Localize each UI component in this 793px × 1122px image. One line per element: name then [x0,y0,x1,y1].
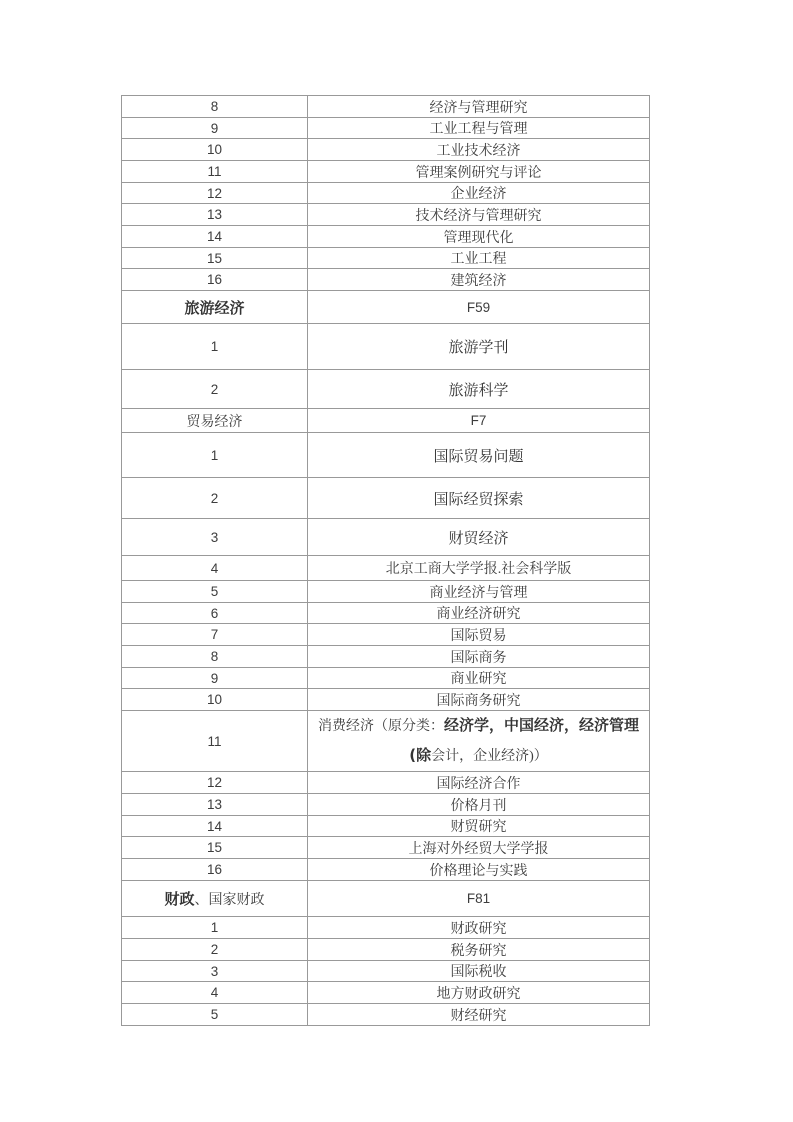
row-index-cell: 16 [122,859,308,881]
row-index-cell: 5 [122,581,308,603]
row-index-cell: 10 [122,139,308,161]
row-index-cell: 14 [122,226,308,248]
journal-row: 10国际商务研究 [122,689,650,711]
journal-name-cell: 国际贸易 [308,624,650,646]
text-segment: 会计，企业经济)） [431,749,548,764]
journal-row: 4地方财政研究 [122,982,650,1004]
category-row: 财政、国家财政F81 [122,881,650,917]
journal-name-cell: 价格月刊 [308,794,650,816]
row-index-cell: 13 [122,794,308,816]
row-index-cell: 15 [122,837,308,859]
journal-row: 4北京工商大学学报.社会科学版 [122,556,650,581]
journal-name-cell: 经济与管理研究 [308,96,650,118]
journal-row: 1国际贸易问题 [122,433,650,478]
journal-row: 10工业技术经济 [122,139,650,161]
journal-row: 14财贸研究 [122,816,650,837]
class-code-cell: F7 [308,409,650,433]
journal-row: 13技术经济与管理研究 [122,204,650,226]
journal-row: 8国际商务 [122,646,650,668]
journal-row: 5财经研究 [122,1004,650,1026]
row-index-cell: 3 [122,519,308,556]
row-index-cell: 10 [122,689,308,711]
row-index-cell: 13 [122,204,308,226]
journal-name-cell: 工业技术经济 [308,139,650,161]
journal-row: 11消费经济（原分类：经济学，中国经济，经济管理(除会计，企业经济)） [122,711,650,772]
row-index-cell: 6 [122,603,308,624]
row-index-cell: 2 [122,939,308,961]
journal-name-cell: 消费经济（原分类：经济学，中国经济，经济管理(除会计，企业经济)） [308,711,650,772]
row-index-cell: 4 [122,556,308,581]
journal-name-cell: 国际贸易问题 [308,433,650,478]
journal-row: 14管理现代化 [122,226,650,248]
journal-name-cell: 上海对外经贸大学学报 [308,837,650,859]
row-index-cell: 8 [122,96,308,118]
row-index-cell: 12 [122,183,308,204]
journal-row: 12国际经济合作 [122,772,650,794]
row-index-cell: 11 [122,711,308,772]
journal-row: 2旅游科学 [122,370,650,409]
journal-row: 3财贸经济 [122,519,650,556]
row-index-cell: 1 [122,324,308,370]
document-page: 8经济与管理研究9工业工程与管理10工业技术经济11管理案例研究与评论12企业经… [0,0,793,1122]
journal-name-cell: 国际商务研究 [308,689,650,711]
row-index-cell: 1 [122,917,308,939]
journal-name-cell: 财经研究 [308,1004,650,1026]
journal-row: 1旅游学刊 [122,324,650,370]
row-index-cell: 3 [122,961,308,982]
journal-row: 15上海对外经贸大学学报 [122,837,650,859]
journal-row: 16建筑经济 [122,269,650,291]
row-index-cell: 11 [122,161,308,183]
journal-row: 12企业经济 [122,183,650,204]
text-segment: 、国家财政 [195,893,265,908]
journal-row: 6商业经济研究 [122,603,650,624]
category-name-cell: 财政、国家财政 [122,881,308,917]
journal-name-cell: 国际税收 [308,961,650,982]
row-index-cell: 7 [122,624,308,646]
row-index-cell: 5 [122,1004,308,1026]
journal-row: 9商业研究 [122,668,650,689]
journal-row: 16价格理论与实践 [122,859,650,881]
row-index-cell: 14 [122,816,308,837]
journal-name-cell: 税务研究 [308,939,650,961]
text-segment: 消费经济（原分类： [318,719,444,734]
row-index-cell: 15 [122,248,308,269]
journal-row: 8经济与管理研究 [122,96,650,118]
class-code-cell: F81 [308,881,650,917]
row-index-cell: 4 [122,982,308,1004]
journal-row: 3国际税收 [122,961,650,982]
journal-row: 2国际经贸探索 [122,478,650,519]
text-segment: 财政 [164,890,194,908]
journal-name-cell: 建筑经济 [308,269,650,291]
row-index-cell: 8 [122,646,308,668]
journal-row: 13价格月刊 [122,794,650,816]
journal-name-cell: 技术经济与管理研究 [308,204,650,226]
category-name-cell: 贸易经济 [122,409,308,433]
journal-name-cell: 商业经济与管理 [308,581,650,603]
journal-row: 7国际贸易 [122,624,650,646]
journal-name-cell: 价格理论与实践 [308,859,650,881]
table-body: 8经济与管理研究9工业工程与管理10工业技术经济11管理案例研究与评论12企业经… [122,96,650,1026]
category-row: 旅游经济F59 [122,291,650,324]
journal-row: 2税务研究 [122,939,650,961]
row-index-cell: 16 [122,269,308,291]
journal-row: 1财政研究 [122,917,650,939]
category-row: 贸易经济F7 [122,409,650,433]
journal-name-cell: 管理现代化 [308,226,650,248]
journal-name-cell: 工业工程与管理 [308,118,650,139]
journal-name-cell: 企业经济 [308,183,650,204]
journal-name-cell: 财贸研究 [308,816,650,837]
journal-classification-table: 8经济与管理研究9工业工程与管理10工业技术经济11管理案例研究与评论12企业经… [121,95,650,1026]
journal-row: 11管理案例研究与评论 [122,161,650,183]
journal-name-cell: 国际经贸探索 [308,478,650,519]
journal-name-cell: 管理案例研究与评论 [308,161,650,183]
journal-name-cell: 商业研究 [308,668,650,689]
journal-name-cell: 北京工商大学学报.社会科学版 [308,556,650,581]
journal-row: 15工业工程 [122,248,650,269]
journal-name-cell: 财贸经济 [308,519,650,556]
row-index-cell: 9 [122,118,308,139]
row-index-cell: 12 [122,772,308,794]
journal-name-cell: 旅游学刊 [308,324,650,370]
row-index-cell: 9 [122,668,308,689]
journal-row: 5商业经济与管理 [122,581,650,603]
category-name-cell: 旅游经济 [122,291,308,324]
journal-name-cell: 商业经济研究 [308,603,650,624]
journal-name-cell: 地方财政研究 [308,982,650,1004]
journal-name-cell: 国际经济合作 [308,772,650,794]
journal-row: 9工业工程与管理 [122,118,650,139]
journal-name-cell: 财政研究 [308,917,650,939]
journal-name-cell: 工业工程 [308,248,650,269]
row-index-cell: 2 [122,478,308,519]
journal-name-cell: 国际商务 [308,646,650,668]
row-index-cell: 2 [122,370,308,409]
row-index-cell: 1 [122,433,308,478]
journal-name-cell: 旅游科学 [308,370,650,409]
class-code-cell: F59 [308,291,650,324]
